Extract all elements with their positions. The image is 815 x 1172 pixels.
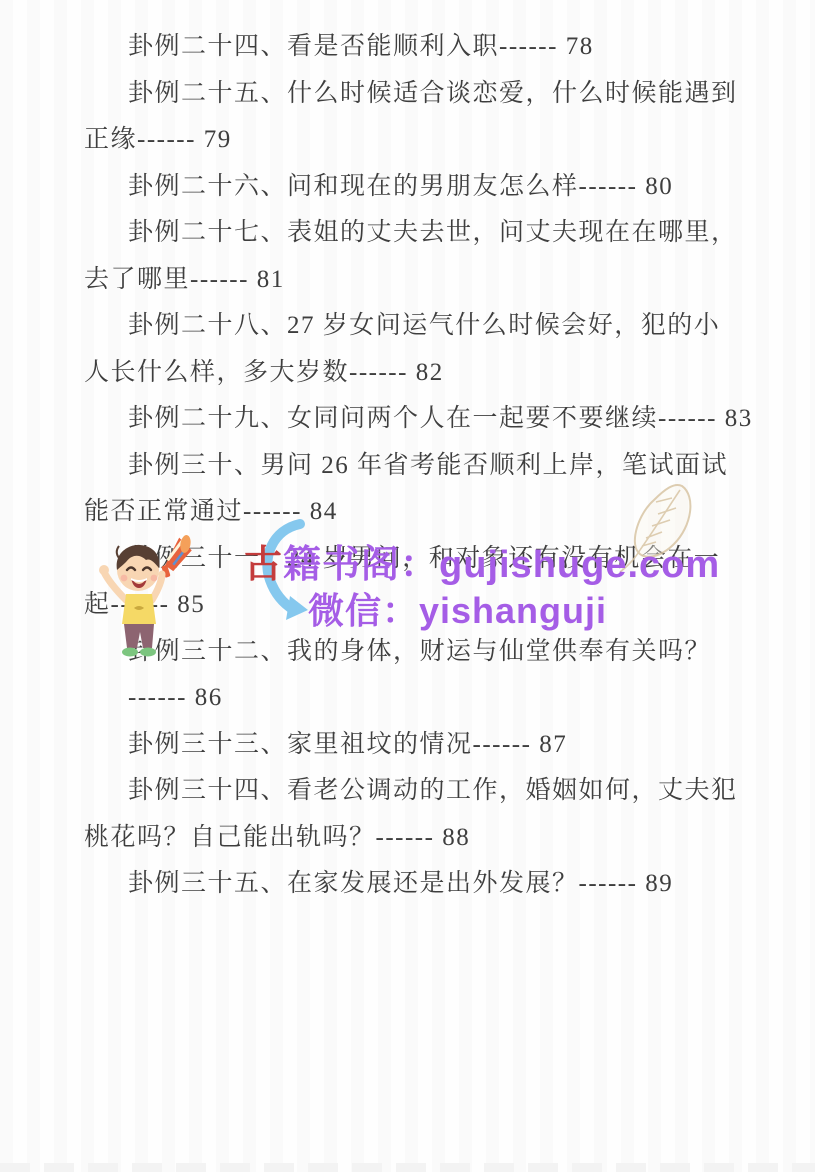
toc-line: 去了哪里------ 81 bbox=[84, 257, 737, 304]
scan-artifact-strip bbox=[0, 1163, 815, 1172]
toc-line: 卦例三十五、在家发展还是出外发展？------ 89 bbox=[84, 861, 737, 908]
toc-line: 正缘------ 79 bbox=[84, 117, 737, 164]
toc-line: 卦例二十七、表姐的丈夫去世，问丈夫现在在哪里， bbox=[84, 210, 737, 257]
toc-line: 卦例二十四、看是否能顺利入职------ 78 bbox=[84, 24, 737, 71]
toc-line: 卦例二十五、什么时候适合谈恋爱，什么时候能遇到 bbox=[84, 71, 737, 118]
toc-line: 卦例二十六、问和现在的男朋友怎么样------ 80 bbox=[84, 164, 737, 211]
watermark-site-rest: 籍书阁：gujishuge.com bbox=[283, 544, 720, 586]
watermark-site: 古籍书阁：gujishuge.com bbox=[244, 545, 720, 585]
document-page: 卦例二十四、看是否能顺利入职------ 78卦例二十五、什么时候适合谈恋爱，什… bbox=[0, 0, 815, 1172]
toc-line: 卦例二十九、女同问两个人在一起要不要继续------ 83 bbox=[84, 396, 737, 443]
toc-line: 桃花吗？自己能出轨吗？------ 88 bbox=[84, 815, 737, 862]
toc-line: ------ 86 bbox=[84, 675, 737, 722]
toc-line: 卦例二十八、27 岁女问运气什么时候会好，犯的小 bbox=[84, 303, 737, 350]
watermark-wechat: 微信：yishanguji bbox=[308, 592, 607, 630]
toc-list: 卦例二十四、看是否能顺利入职------ 78卦例二十五、什么时候适合谈恋爱，什… bbox=[84, 24, 737, 908]
toc-line: 卦例三十四、看老公调动的工作，婚姻如何，丈夫犯 bbox=[84, 768, 737, 815]
watermark-site-firstchar: 古 bbox=[244, 544, 283, 586]
toc-line: 卦例三十三、家里祖坟的情况------ 87 bbox=[84, 722, 737, 769]
toc-line: 人长什么样，多大岁数------ 82 bbox=[84, 350, 737, 397]
mascot-kid-megaphone-icon bbox=[96, 528, 200, 658]
